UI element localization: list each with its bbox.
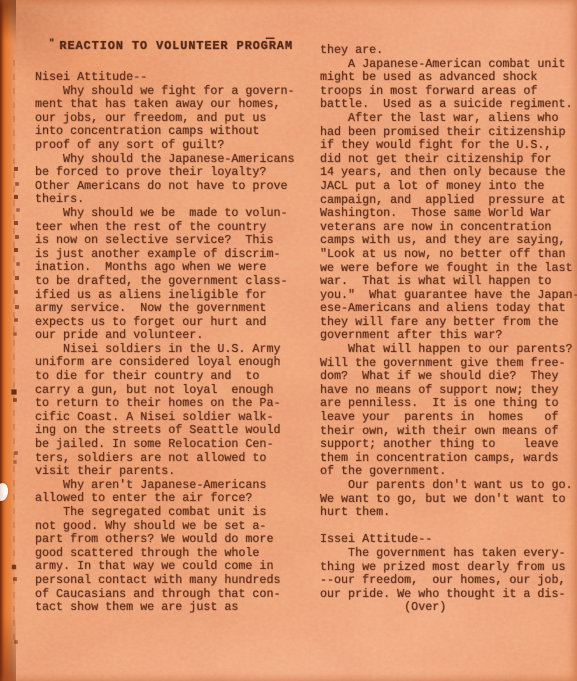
- right-column-text: they are. A Japanese-American combat uni…: [320, 44, 577, 615]
- left-column-text: Nisei Attitude-- Why should we fight for…: [35, 71, 303, 615]
- document-title: REACTION TO VOLUNTEER PROGRAM: [59, 39, 292, 53]
- document-title-row: "REACTION TO VOLUNTEER PROGRAM: [49, 38, 293, 53]
- crease-speckle-marks: [0, 0, 2, 2]
- stray-quote-mark: ": [49, 38, 54, 48]
- scanned-document-page: — "REACTION TO VOLUNTEER PROGRAM Nisei A…: [0, 0, 577, 681]
- paper-crease-line: [13, 60, 15, 640]
